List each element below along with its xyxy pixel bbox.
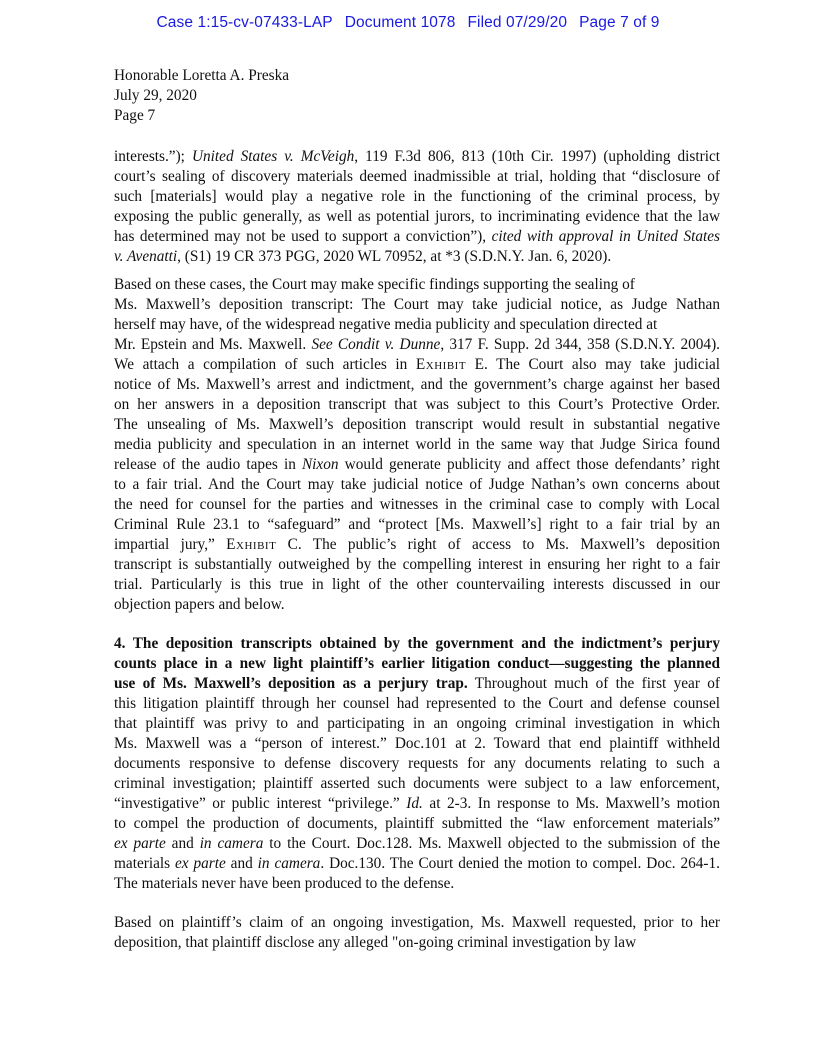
paragraph-sealing-findings: Based on these cases, the Court may make…: [114, 275, 720, 615]
court-filing-stamp: Case 1:15-cv-07433-LAPDocument 1078Filed…: [0, 14, 816, 32]
exhibit-e-ref: Exhibit: [416, 356, 466, 373]
filed-date: Filed 07/29/20: [467, 14, 567, 31]
document-number: Document 1078: [345, 14, 456, 31]
page-count: Page 7 of 9: [579, 14, 659, 31]
letter-page: Honorable Loretta A. Preska July 29, 202…: [114, 66, 720, 953]
section-heading-4: 4. The deposition transcripts obtained b…: [114, 635, 720, 652]
letter-header: Honorable Loretta A. Preska July 29, 202…: [114, 66, 720, 126]
case-number: Case 1:15-cv-07433-LAP: [156, 14, 332, 31]
paragraph-investigation-request: Based on plaintiff’s claim of an ongoing…: [114, 913, 720, 953]
recipient: Honorable Loretta A. Preska: [114, 66, 720, 86]
page-label: Page 7: [114, 106, 720, 126]
letter-date: July 29, 2020: [114, 86, 720, 106]
paragraph-perjury-trap: 4. The deposition transcripts obtained b…: [114, 634, 720, 894]
paragraph-citations: interests.”); United States v. McVeigh, …: [114, 147, 720, 267]
exhibit-c-ref: Exhibit: [226, 536, 276, 553]
